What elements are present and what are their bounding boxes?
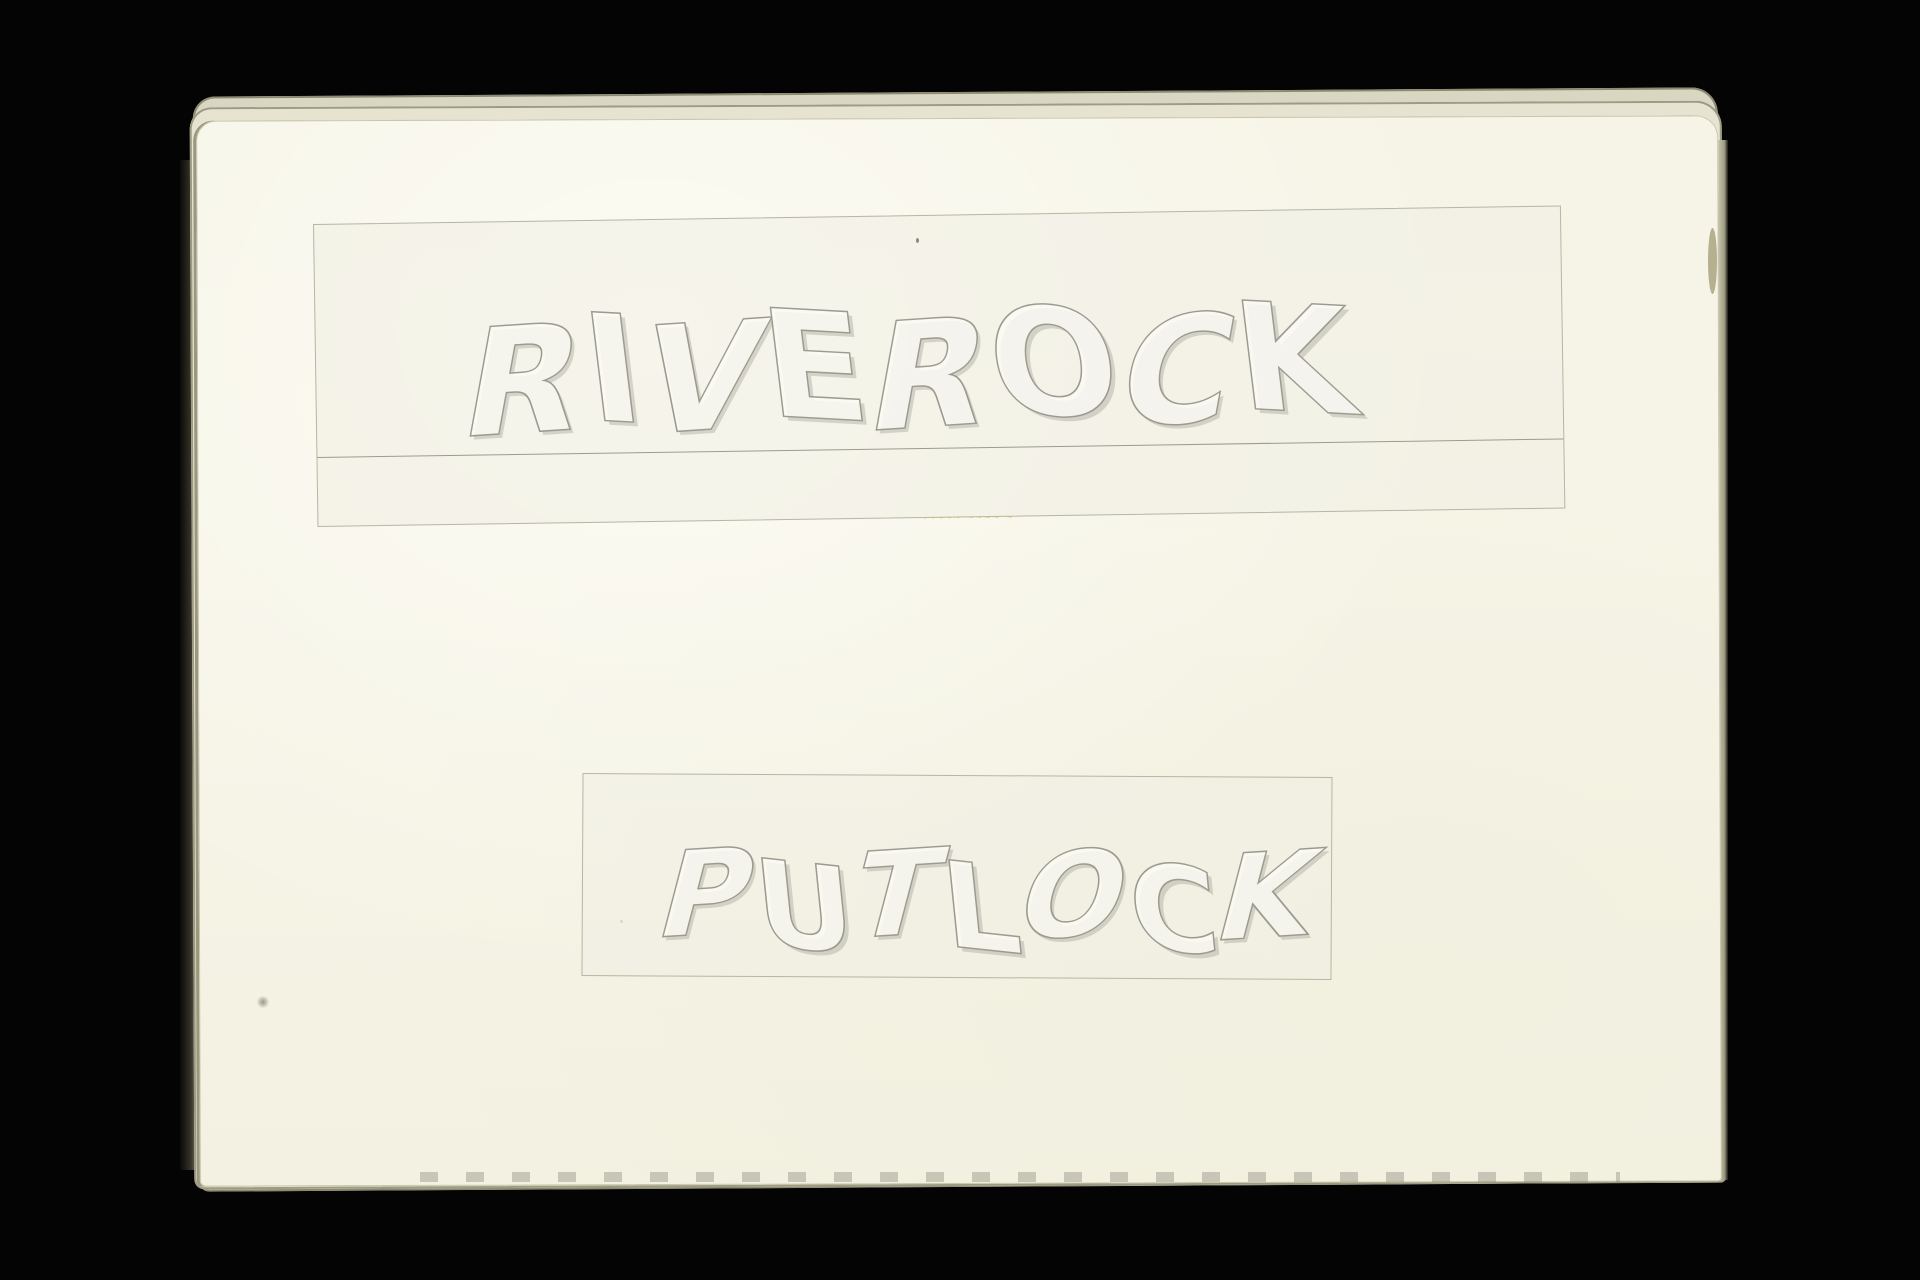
graffiti-letter: K [1226, 283, 1362, 439]
page-tab-mark [1708, 228, 1717, 294]
graffiti-letter: R [452, 303, 596, 461]
graffiti-letter: K [1204, 835, 1330, 961]
graffiti-letter: E [755, 290, 877, 445]
top-graffiti-piece: R I V E R O C K [465, 269, 1367, 457]
bottom-sketch-frame: P U T L O C K [581, 773, 1332, 980]
graffiti-letter: R [858, 297, 1002, 455]
graffiti-letter: O [1006, 834, 1141, 960]
graffiti-letter: V [631, 300, 776, 458]
graffiti-letter: O [981, 286, 1128, 442]
graffiti-letter: C [1109, 293, 1248, 451]
bottom-graffiti-piece: P U T L O C K [663, 794, 1224, 957]
pencil-dot [916, 238, 919, 243]
margin-smudge [256, 996, 270, 1008]
yellow-annotation: ~~~~~ ~~~~ ~ [920, 512, 1014, 525]
top-sketch-frame: R I V E R O C K [313, 205, 1565, 526]
photo-scene: R I V E R O C K ~~~~~ ~~~~ ~ P U T L O C… [0, 0, 1920, 1280]
bottom-edge-smudges [420, 1172, 1620, 1182]
